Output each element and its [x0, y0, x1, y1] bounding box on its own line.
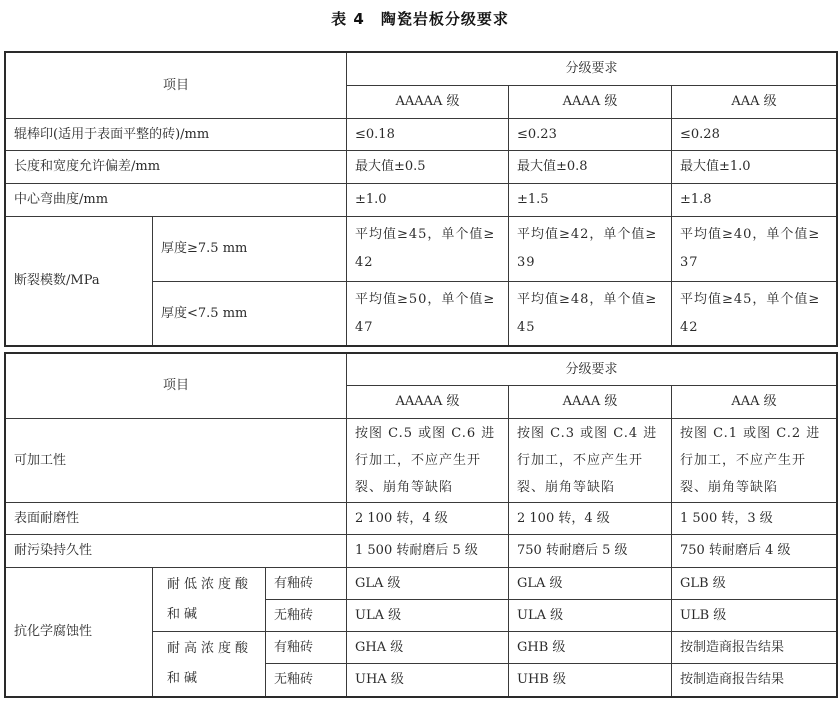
- row-item: 长度和宽度允许偏差/mm: [5, 150, 347, 184]
- modulus-sub-label: 厚度≥7.5 mm: [152, 216, 347, 282]
- row-value: 按图 C.3 或图 C.4 进行加工，不应产生开裂、崩角等缺陷: [508, 418, 672, 503]
- header-group: 分级要求: [346, 353, 837, 386]
- header-grade-aaa: AAA 级: [671, 85, 837, 119]
- chemical-sub-label: 有釉砖: [265, 567, 347, 600]
- row-value: ±1.8: [671, 183, 837, 217]
- modulus-sub-label: 厚度<7.5 mm: [152, 281, 347, 346]
- modulus-value: 平均值≥45，单个值≥42: [671, 281, 837, 346]
- chemical-value: GHA 级: [346, 631, 509, 664]
- chemical-value: GHB 级: [508, 631, 672, 664]
- modulus-value: 平均值≥48，单个值≥45: [508, 281, 672, 346]
- chemical-value: 按制造商报告结果: [671, 663, 837, 697]
- row-item: 表面耐磨性: [5, 502, 347, 535]
- modulus-item: 断裂模数/MPa: [5, 216, 153, 346]
- chemical-sub-label: 有釉砖: [265, 631, 347, 664]
- row-value: 2 100 转，4 级: [346, 502, 509, 535]
- table-title: 表 4 陶瓷岩板分级要求: [0, 8, 840, 29]
- row-value: 750 转耐磨后 5 级: [508, 534, 672, 568]
- row-value: 最大值±1.0: [671, 150, 837, 184]
- modulus-value: 平均值≥40，单个值≥37: [671, 216, 837, 282]
- modulus-value: 平均值≥50，单个值≥47: [346, 281, 509, 346]
- header-grade-aaaa: AAAA 级: [508, 85, 672, 119]
- chemical-value: GLB 级: [671, 567, 837, 600]
- chemical-value: UHB 级: [508, 663, 672, 697]
- chemical-group-label: 耐低浓度酸和碱: [152, 567, 266, 632]
- row-item: 中心弯曲度/mm: [5, 183, 347, 217]
- header-grade-aaaa: AAAA 级: [508, 385, 672, 419]
- chemical-value: GLA 级: [346, 567, 509, 600]
- row-value: 750 转耐磨后 4 级: [671, 534, 837, 568]
- row-value: ≤0.23: [508, 118, 672, 151]
- row-value: ±1.0: [346, 183, 509, 217]
- row-value: 按图 C.5 或图 C.6 进行加工，不应产生开裂、崩角等缺陷: [346, 418, 509, 503]
- chemical-sub-label: 无釉砖: [265, 663, 347, 697]
- modulus-value: 平均值≥45，单个值≥42: [346, 216, 509, 282]
- header-grade-aaa: AAA 级: [671, 385, 837, 419]
- row-value: ≤0.28: [671, 118, 837, 151]
- chemical-value: GLA 级: [508, 567, 672, 600]
- chemical-value: 按制造商报告结果: [671, 631, 837, 664]
- row-item: 可加工性: [5, 418, 347, 503]
- chemical-value: ULA 级: [346, 599, 509, 632]
- header-item: 项目: [5, 52, 347, 119]
- chemical-item: 抗化学腐蚀性: [5, 567, 153, 697]
- chemical-sub-label: 无釉砖: [265, 599, 347, 632]
- modulus-value: 平均值≥42，单个值≥39: [508, 216, 672, 282]
- row-item: 辊棒印(适用于表面平整的砖)/mm: [5, 118, 347, 151]
- row-value: ≤0.18: [346, 118, 509, 151]
- header-group: 分级要求: [346, 52, 837, 86]
- row-value: 按图 C.1 或图 C.2 进行加工，不应产生开裂、崩角等缺陷: [671, 418, 837, 503]
- chemical-value: ULB 级: [671, 599, 837, 632]
- row-value: 2 100 转，4 级: [508, 502, 672, 535]
- header-grade-aaaaa: AAAAA 级: [346, 385, 509, 419]
- row-item: 耐污染持久性: [5, 534, 347, 568]
- chemical-value: ULA 级: [508, 599, 672, 632]
- row-value: 最大值±0.8: [508, 150, 672, 184]
- row-value: ±1.5: [508, 183, 672, 217]
- row-value: 1 500 转耐磨后 5 级: [346, 534, 509, 568]
- header-grade-aaaaa: AAAAA 级: [346, 85, 509, 119]
- row-value: 最大值±0.5: [346, 150, 509, 184]
- chemical-value: UHA 级: [346, 663, 509, 697]
- row-value: 1 500 转，3 级: [671, 502, 837, 535]
- chemical-group-label: 耐高浓度酸和碱: [152, 631, 266, 697]
- header-item: 项目: [5, 353, 347, 419]
